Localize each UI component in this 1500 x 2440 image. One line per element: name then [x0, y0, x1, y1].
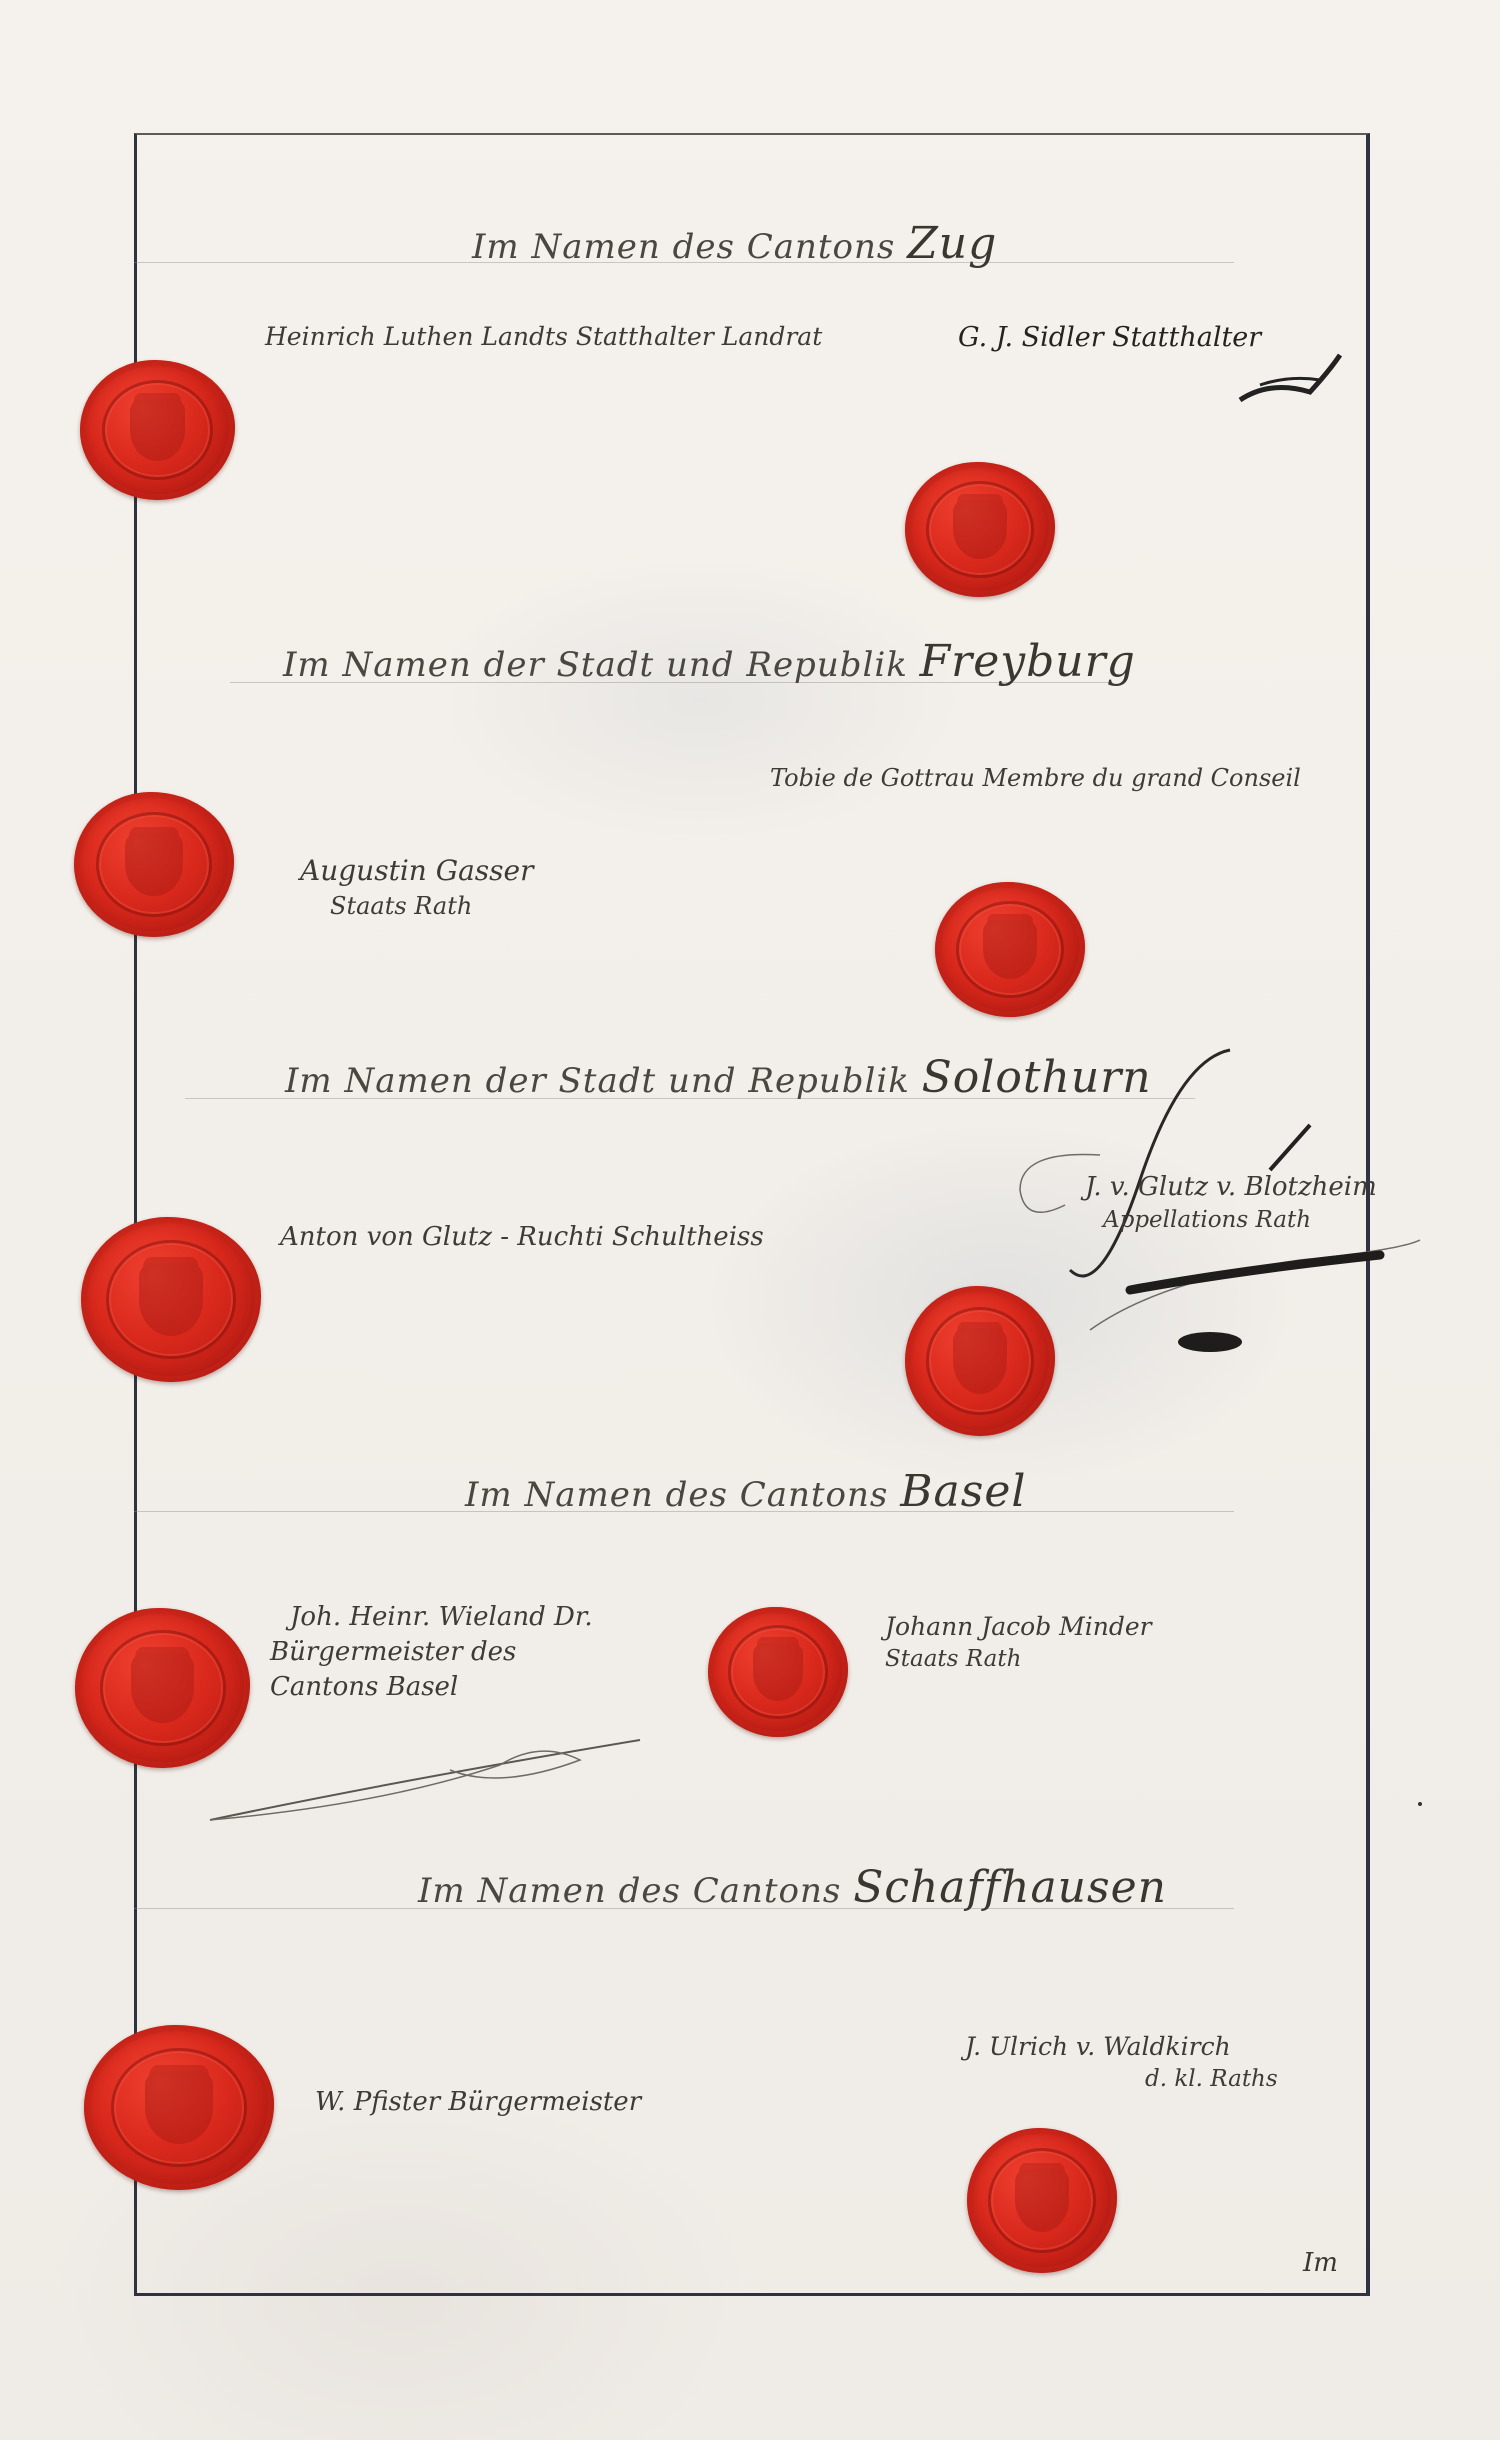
wax-seal-solothurn-left: [81, 1217, 261, 1382]
heading-canton-name: Freyburg: [920, 636, 1136, 687]
signature-line: Anton von Glutz - Ruchti Schultheiss: [280, 1222, 764, 1252]
signature-line: Johann Jacob Minder: [885, 1610, 1152, 1644]
heading-prefix: Im Namen der Stadt und Republik: [285, 1061, 910, 1101]
signature-line: Augustin Gasser: [300, 852, 533, 890]
heading-prefix: Im Namen der Stadt und Republik: [283, 645, 908, 685]
section-heading-zug: Im Namen des Cantons Zug: [472, 218, 997, 269]
ink-speck: [1418, 1802, 1422, 1806]
signature-line: J. v. Glutz v. Blotzheim: [1085, 1170, 1377, 1205]
signature-title: Staats Rath: [885, 1644, 1152, 1675]
signature-freyburg-1: Tobie de Gottrau Membre du grand Conseil: [770, 762, 1301, 794]
signature-zug-1: Heinrich Luthen Landts Statthalter Landr…: [265, 320, 822, 354]
section-heading-freyburg: Im Namen der Stadt und Republik Freyburg: [283, 636, 1136, 687]
signature-solothurn-1: Anton von Glutz - Ruchti Schultheiss: [280, 1220, 764, 1255]
signature-schaffhausen-1: J. Ulrich v. Waldkirch d. kl. Raths: [965, 2030, 1278, 2095]
wax-seal-schaffhausen-right: [967, 2128, 1117, 2273]
wax-seal-freyburg-right: [935, 882, 1085, 1017]
heading-prefix: Im Namen des Cantons: [472, 227, 895, 267]
signature-zug-2: G. J. Sidler Statthalter: [958, 320, 1261, 356]
signature-basel-1: Joh. Heinr. Wieland Dr. Bürgermeister de…: [270, 1600, 593, 1705]
signature-solothurn-2: J. v. Glutz v. Blotzheim Appellations Ra…: [1085, 1170, 1377, 1236]
heading-canton-name: Schaffhausen: [853, 1862, 1167, 1913]
signature-line: Joh. Heinr. Wieland Dr.: [270, 1600, 593, 1635]
signature-line: G. J. Sidler Statthalter: [958, 322, 1261, 353]
signature-title: d. kl. Raths: [965, 2064, 1278, 2095]
signature-line: J. Ulrich v. Waldkirch: [965, 2030, 1278, 2064]
wax-seal-solothurn-right: [905, 1286, 1055, 1436]
heading-prefix: Im Namen des Cantons: [465, 1475, 888, 1515]
wax-seal-schaffhausen-left: [84, 2025, 274, 2190]
signature-title: Bürgermeister des: [270, 1635, 593, 1670]
signature-basel-2: Johann Jacob Minder Staats Rath: [885, 1610, 1152, 1675]
wax-seal-basel-left: [75, 1608, 250, 1768]
signature-line: Heinrich Luthen Landts Statthalter Landr…: [265, 322, 822, 351]
signature-line: Tobie de Gottrau Membre du grand Conseil: [770, 764, 1301, 792]
signature-title: Appellations Rath: [1085, 1205, 1377, 1236]
signature-line: W. Pfister Bürgermeister: [315, 2087, 641, 2117]
heading-canton-name: Basel: [900, 1466, 1026, 1517]
wax-seal-freyburg-left: [74, 792, 234, 937]
section-heading-schaffhausen: Im Namen des Cantons Schaffhausen: [418, 1862, 1167, 1913]
heading-canton-name: Zug: [907, 218, 997, 269]
signature-freyburg-2: Augustin Gasser Staats Rath: [300, 852, 533, 922]
signature-title: Cantons Basel: [270, 1670, 593, 1705]
heading-prefix: Im Namen des Cantons: [418, 1871, 841, 1911]
signature-title: Staats Rath: [300, 890, 533, 922]
wax-seal-zug-left: [80, 360, 235, 500]
wax-seal-zug-right: [905, 462, 1055, 597]
signature-flourish-wieland: [200, 1730, 680, 1840]
signature-flourish: [1230, 350, 1350, 410]
signature-schaffhausen-2: W. Pfister Bürgermeister: [315, 2085, 641, 2120]
catchword: Im: [1303, 2248, 1338, 2278]
wax-seal-basel-middle: [708, 1607, 848, 1737]
section-heading-basel: Im Namen des Cantons Basel: [465, 1466, 1026, 1517]
